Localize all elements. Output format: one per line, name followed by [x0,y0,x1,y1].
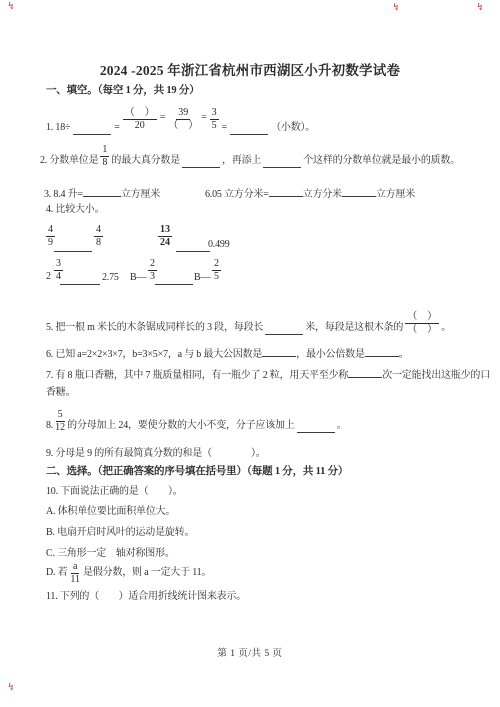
corner-mark-top-right-icon: ↯ [476,3,484,13]
q5-mid: 米，每段是这根木条的 [305,322,403,337]
q2-mid2: ，再添上 [222,155,261,170]
q4-r2-f3-bot: 5 [214,271,219,283]
q7-line1-post: 次一定能找出这瓶少的口 [382,370,490,381]
q8-f-bot: 12 [55,422,65,434]
q1-fraction-1: （ ） 20 [123,107,157,132]
page-number-footer: 第 1 页/共 5 页 [0,645,500,659]
answer-blank [155,273,193,285]
q10-d-f-top: a [71,561,79,574]
q3-right-unit2: 立方厘米 [376,189,415,200]
q4-fraction-13-24: 13 24 [158,224,172,249]
question-4-row2: 2 3 4 2.75 B— 2 3 B— 2 5 [46,258,286,292]
question-7-line2: 香糖。 [46,387,75,400]
q4-fraction-2-5: 2 5 [212,258,221,283]
question-10-option-a: A. 体积单位要比面积单位大。 [46,506,175,519]
q4-fraction-4-8: 4 8 [94,224,103,249]
q3-right-pre: 6.05 立方分米= [205,189,269,200]
q10-d-f-bot: 11 [70,574,80,586]
q1-f3-bot: 5 [212,120,217,132]
exam-page: { "colors": { "background": "#ffffff", "… [0,0,500,707]
answer-blank [342,185,376,197]
q10-d-fraction: a 11 [70,561,80,586]
q2-f-top: 1 [100,144,109,157]
answer-blank [269,185,303,197]
q1-lead: 1. 18÷ [46,122,70,137]
answer-blank [54,240,92,252]
q8-no: 8. [46,420,53,435]
answer-blank [230,123,268,135]
page-title: 2024 -2025 年浙江省杭州市西湖区小升初数学试卷 [0,59,500,79]
q4-r1-f2-bot: 8 [96,237,101,249]
question-3-left: 3. 8.4 升=立方厘米 [44,185,160,202]
question-8: 8. 5 12 的分母加上 24，要使分数的大小不变，分子应该加上 。 [46,404,346,434]
q4-r2-f1-top: 3 [54,258,63,271]
q8-fraction: 5 12 [55,409,65,434]
q4-mixed-whole: 2 [46,271,51,284]
section1-heading: 一、填空。（每空 1 分，共 19 分） [46,84,200,97]
answer-blank [263,156,301,168]
q4-r1-f2-top: 4 [94,224,103,237]
question-4-row1: 4 9 4 8 13 24 0.499 [46,224,276,258]
q4-b-minus-left: B— [130,272,146,285]
q4-b-minus-right: B— [194,272,210,285]
q6-end: 。 [399,349,409,360]
q1-equals: = [160,112,165,125]
section2-heading: 二、选择。（把正确答案的序号填在括号里）（每题 1 分，共 11 分） [46,465,348,478]
question-10-option-d: D. 若 a 11 是假分数，则 a 一定大于 11。 [46,559,211,587]
question-9: 9. 分母是 9 的所有最简真分数的和是（ ）。 [46,448,266,461]
q5-end: 。 [441,322,451,337]
q1-equals: = [201,112,206,125]
answer-blank [265,323,303,335]
q1-f1-bot: 20 [135,120,145,132]
q10-d-pre: D. 若 [46,567,67,580]
answer-blank [348,366,382,378]
answer-blank [83,185,121,197]
question-10-stem: 10. 下面说法正确的是（ ）。 [46,486,183,499]
q4-r2-f2-top: 2 [148,258,157,271]
q4-r1-f3-bot: 24 [160,237,170,249]
q1-fraction-2: 39 （ ） [168,107,198,132]
q1-fraction-3: 3 5 [210,107,219,132]
q1-f2-top: 39 [176,107,190,120]
answer-blank [176,240,210,252]
corner-mark-top-left-icon: ↯ [7,2,15,12]
question-2: 2. 分数单位是 1 8 的最大真分数是 ，再添上 个这样的分数单位就是最小的质… [40,142,460,169]
q2-fraction: 1 8 [100,144,109,169]
q7-line1-pre: 7. 有 8 瓶口香糖，其中 7 瓶质量相同，有一瓶少了 2 粒，用天平至少称 [46,370,348,381]
q2-pre: 2. 分数单位是 [40,155,98,170]
q6-mid: ，最小公倍数是 [296,349,365,360]
q8-post: 的分母加上 24，要使分数的大小不变，分子应该加上 [67,420,295,435]
q4-r1-f1-bot: 9 [48,237,53,249]
question-1: 1. 18÷ = （ ） 20 = 39 （ ） = 3 5 = （小数）。 [46,102,315,136]
question-7-line1: 7. 有 8 瓶口香糖，其中 7 瓶质量相同，有一瓶少了 2 粒，用天平至少称次… [46,366,490,383]
q3-left-pre: 3. 8.4 升= [44,189,83,200]
question-10-option-b: B. 电扇开启时风叶的运动是旋转。 [46,527,194,540]
q1-equals: = [222,122,227,137]
q5-pre: 5. 把一根 m 米长的木条锯成同样长的 3 段，每段长 [46,322,263,337]
answer-blank [365,345,399,357]
q5-fraction: （ ） （ ） [405,311,439,336]
q2-tail: 个这样的分数单位就是最小的质数。 [303,155,460,170]
answer-blank [73,123,111,135]
q1-f1-top: （ ） [123,107,157,120]
answer-blank [182,156,220,168]
q5-f-top: （ ） [405,311,439,324]
question-5: 5. 把一根 m 米长的木条锯成同样长的 3 段，每段长 米，每段是这根木条的 … [46,303,451,336]
corner-mark-bottom-left-icon: ↯ [7,683,15,693]
q8-end: 。 [337,420,347,435]
answer-blank [262,345,296,357]
q10-d-post: 是假分数，则 a 一定大于 11。 [83,567,211,580]
question-3-right: 6.05 立方分米=立方分米立方厘米 [205,185,415,202]
q8-f-top: 5 [56,409,65,422]
q3-right-unit1: 立方分米 [303,189,342,200]
question-11: 11. 下列的（ ）适合用折线统计图来表示。 [46,591,246,604]
q5-f-bot: （ ） [407,324,437,336]
q1-f3-top: 3 [210,107,219,120]
q6-pre: 6. 已知 a=2×2×3×7，b=3×5×7，a 与 b 最大公因数是 [46,349,262,360]
q4-r1-f3-top: 13 [158,224,172,237]
q2-f-bot: 8 [102,157,107,169]
q4-decimal-0499: 0.499 [208,239,230,252]
q1-tail: （小数）。 [271,122,315,137]
q1-equals: = [114,122,119,137]
q4-decimal-275: 2.75 [102,272,119,285]
corner-mark-top-mid-icon: ↯ [392,3,400,13]
q1-f2-bot: （ ） [168,120,198,132]
q4-r1-f1-top: 4 [46,224,55,237]
question-4-label: 4. 比较大小。 [46,204,104,217]
q3-left-unit: 立方厘米 [121,189,160,200]
question-6: 6. 已知 a=2×2×3×7，b=3×5×7，a 与 b 最大公因数是，最小公… [46,345,409,362]
answer-blank [60,273,100,285]
q4-r2-f3-top: 2 [212,258,221,271]
q2-mid: 的最大真分数是 [111,155,180,170]
answer-blank [297,421,335,433]
